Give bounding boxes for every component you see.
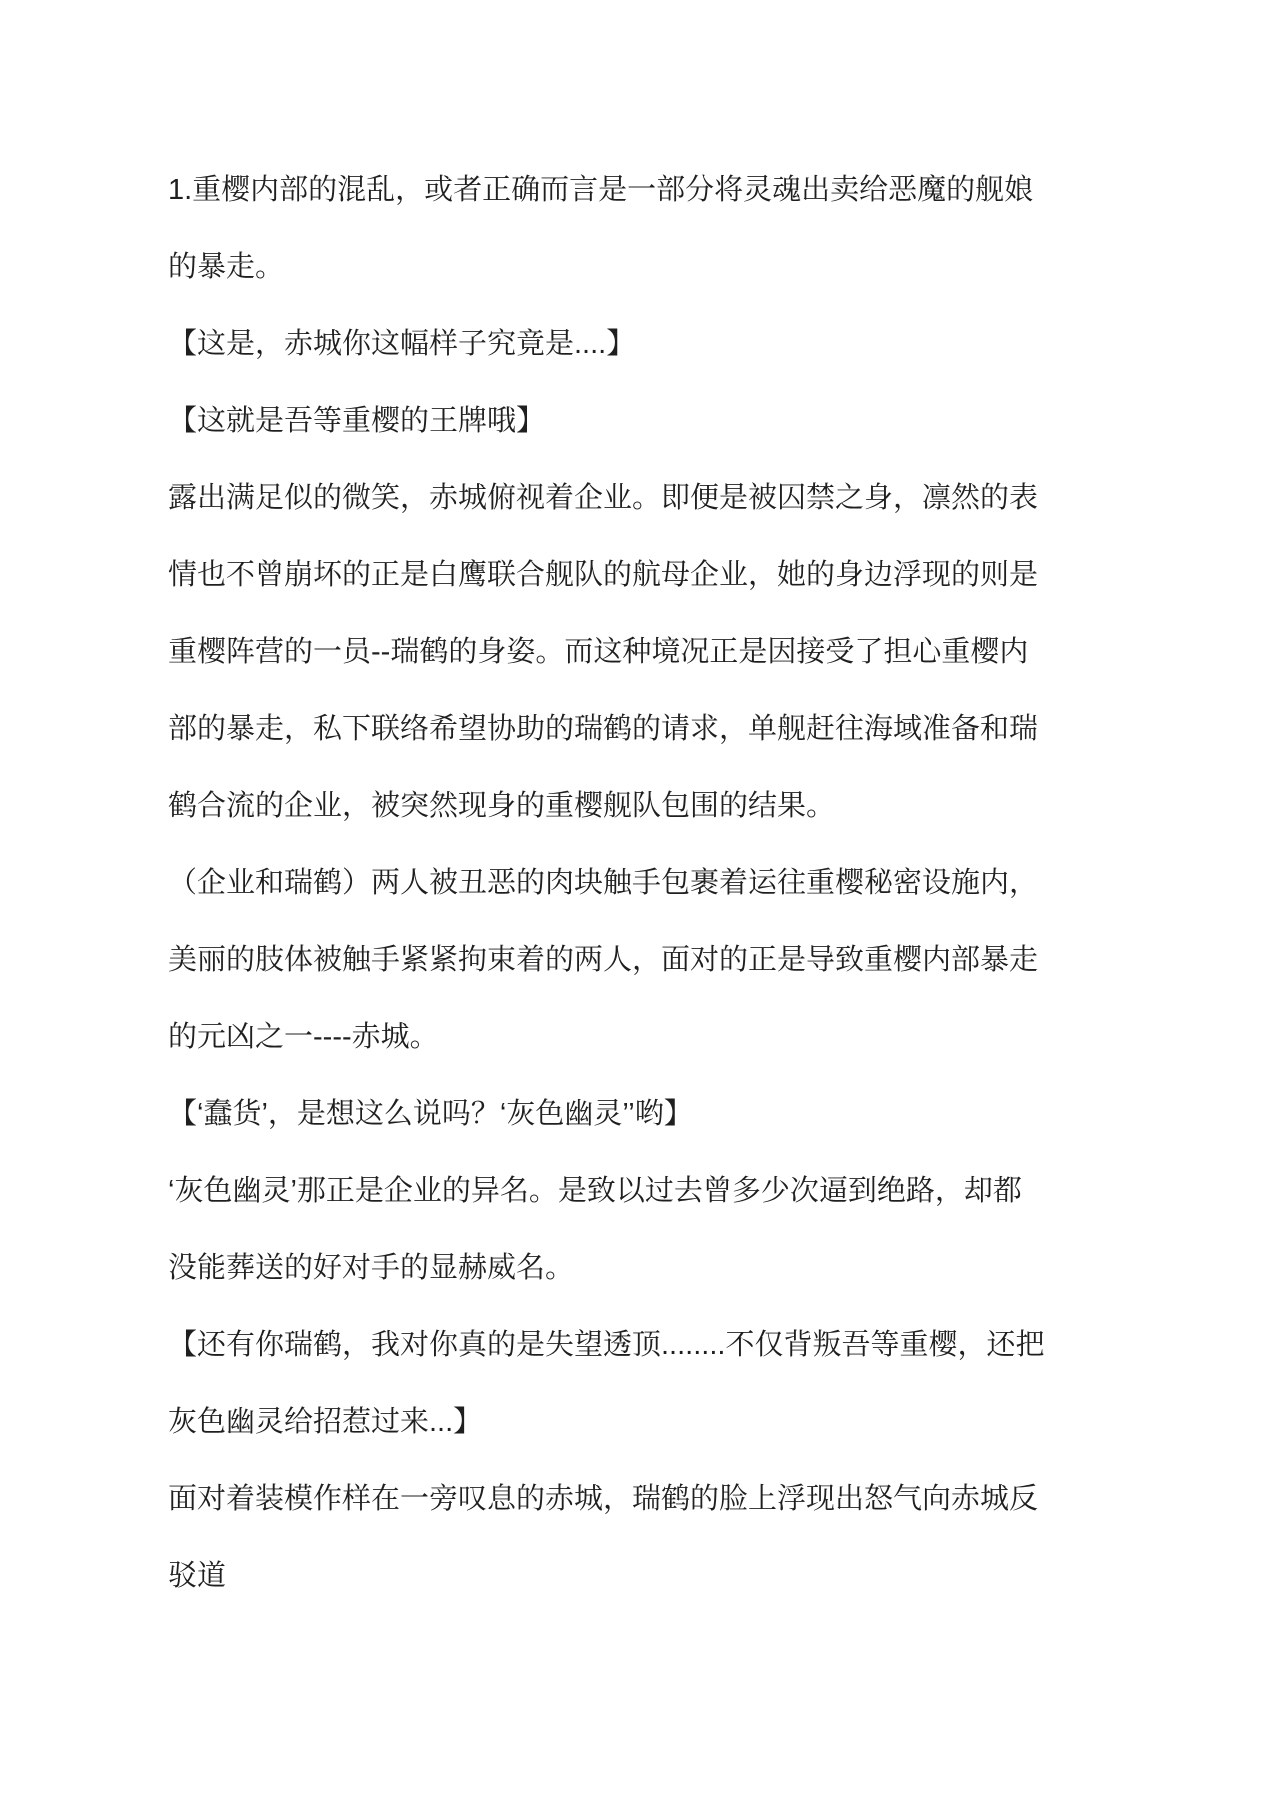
text-line: 灰色幽灵给招惹过来...】 [168,1384,978,1461]
text-line: 的元凶之一----赤城。 [168,999,978,1076]
text-line: 【这是，赤城你这幅样子究竟是....】 [168,306,978,383]
text-line: 重樱阵营的一员--瑞鹤的身姿。而这种境况正是因接受了担心重樱内 [168,614,978,691]
text-line: 1.重樱内部的混乱，或者正确而言是一部分将灵魂出卖给恶魔的舰娘 [168,152,978,229]
text-line: 【‘蠢货’，是想这么说吗？‘灰色幽灵’’哟】 [168,1076,978,1153]
text-block: 1.重樱内部的混乱，或者正确而言是一部分将灵魂出卖给恶魔的舰娘的暴走。【这是，赤… [168,152,978,1615]
text-line: （企业和瑞鹤）两人被丑恶的肉块触手包裹着运往重樱秘密设施内， [168,845,978,922]
text-line: 没能葬送的好对手的显赫威名。 [168,1230,978,1307]
text-line: 【这就是吾等重樱的王牌哦】 [168,383,978,460]
text-line: 美丽的肢体被触手紧紧拘束着的两人，面对的正是导致重樱内部暴走 [168,922,978,999]
text-line: 部的暴走，私下联络希望协助的瑞鹤的请求，单舰赶往海域准备和瑞 [168,691,978,768]
text-line: ‘灰色幽灵’那正是企业的异名。是致以过去曾多少次逼到绝路，却都 [168,1153,978,1230]
document-page: 1.重樱内部的混乱，或者正确而言是一部分将灵魂出卖给恶魔的舰娘的暴走。【这是，赤… [0,0,1280,1810]
text-line: 【还有你瑞鹤，我对你真的是失望透顶........不仅背叛吾等重樱，还把 [168,1307,978,1384]
text-line: 情也不曾崩坏的正是白鹰联合舰队的航母企业，她的身边浮现的则是 [168,537,978,614]
text-line: 露出满足似的微笑，赤城俯视着企业。即便是被囚禁之身，凛然的表 [168,460,978,537]
text-line: 的暴走。 [168,229,978,306]
text-line: 鹤合流的企业，被突然现身的重樱舰队包围的结果。 [168,768,978,845]
text-line: 驳道 [168,1538,978,1615]
text-line: 面对着装模作样在一旁叹息的赤城，瑞鹤的脸上浮现出怒气向赤城反 [168,1461,978,1538]
